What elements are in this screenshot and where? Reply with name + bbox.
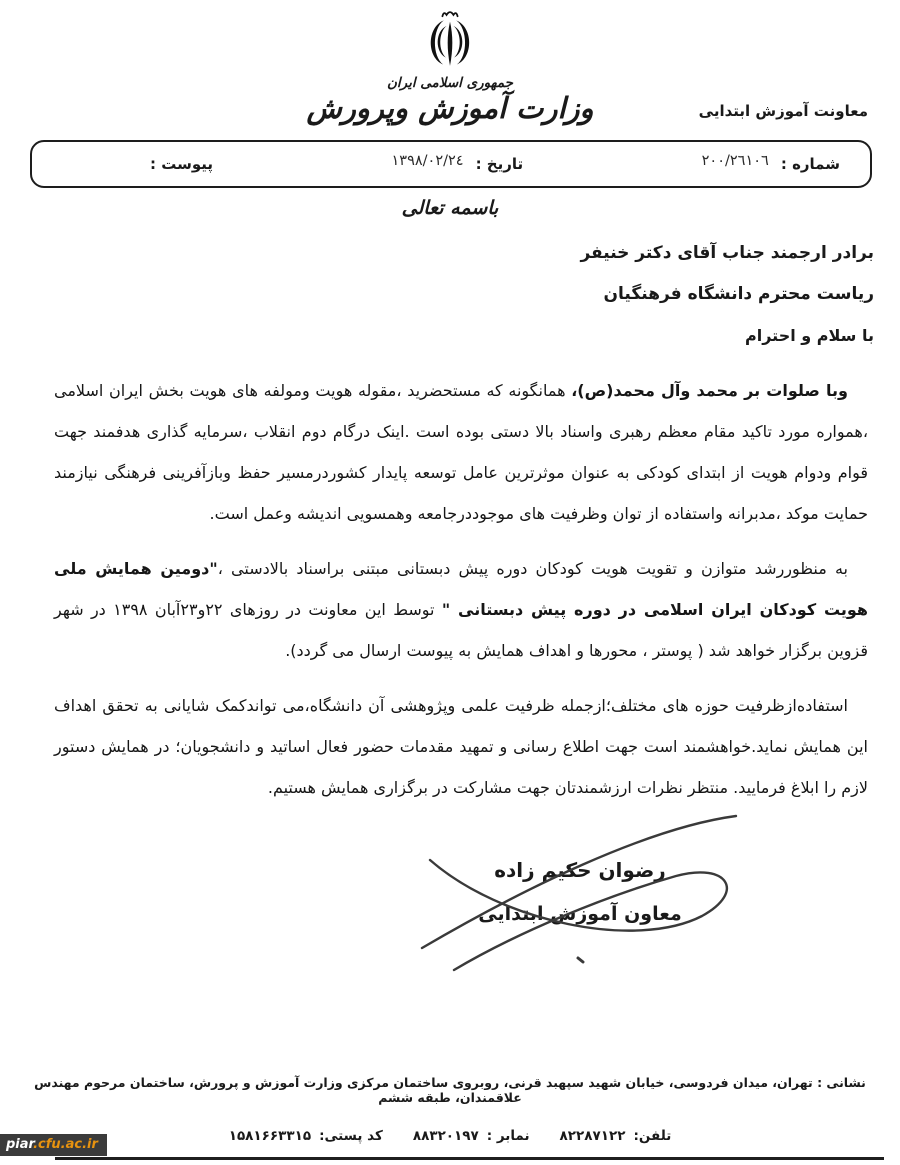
- signature-block: رضوان حکیم زاده معاون آموزش ابتدایی: [420, 822, 740, 988]
- body-paragraph-1: وبا صلوات بر محمد وآل محمد(ص)، همانگونه …: [54, 370, 868, 534]
- ref-attachment-group: پیوست :: [150, 155, 213, 173]
- recipient-block: برادر ارجمند جناب آقای دکتر خنیفر ریاست …: [0, 233, 874, 356]
- body-paragraph-2: به منظوررشد متوازن و تقویت هویت کودکان د…: [54, 548, 868, 671]
- letter-body: وبا صلوات بر محمد وآل محمد(ص)، همانگونه …: [54, 370, 868, 808]
- header-country: جمهوری اسلامی ایران: [0, 75, 900, 91]
- header-department: معاونت آموزش ابتدایی: [699, 102, 868, 120]
- recipient-line-1: برادر ارجمند جناب آقای دکتر خنیفر: [0, 233, 874, 274]
- footer-postal: کد پستی: ۱۵۸۱۶۶۳۳۱۵: [229, 1128, 383, 1144]
- site-watermark: piar.cfu.ac.ir: [0, 1134, 107, 1156]
- body-p1-bold: وبا صلوات بر محمد وآل محمد(ص)،: [571, 381, 848, 400]
- footer-contacts: تلفن: ۸۲۲۸۷۱۲۲ نمابر : ۸۸۳۲۰۱۹۷ کد پستی:…: [0, 1128, 900, 1144]
- ref-number-group: شماره : ٢٠٠/٢٦١٠٦: [702, 155, 840, 173]
- ref-attachment-label: پیوست :: [150, 155, 213, 173]
- footer-fax: نمابر : ۸۸۳۲۰۱۹۷: [413, 1128, 530, 1144]
- ref-date-group: تاریخ : ١٣٩٨/٠٢/٢٤: [392, 155, 524, 173]
- letter-page: جمهوری اسلامی ایران وزارت آموزش وپرورش م…: [0, 0, 900, 1165]
- signature-name: رضوان حکیم زاده: [420, 848, 740, 892]
- besmellah: باسمه تعالی: [0, 197, 900, 219]
- footer-postal-label: کد پستی:: [319, 1128, 383, 1144]
- body-paragraph-3: استفاده‌ازظرفیت حوزه های مختلف؛ازجمله ظر…: [54, 685, 868, 808]
- reference-box: شماره : ٢٠٠/٢٦١٠٦ تاریخ : ١٣٩٨/٠٢/٢٤ پیو…: [30, 140, 872, 188]
- iran-national-emblem-icon: [414, 8, 486, 70]
- watermark-suffix: .cfu.ac.ir: [33, 1137, 98, 1152]
- recipient-line-2: ریاست محترم دانشگاه فرهنگیان: [0, 274, 874, 315]
- body-p3-text: استفاده‌ازظرفیت حوزه های مختلف؛ازجمله ظر…: [54, 696, 868, 797]
- footer-fax-label: نمابر :: [487, 1128, 530, 1144]
- body-p1-text: همانگونه که مستحضرید ،مقوله هویت ومولفه …: [54, 381, 868, 523]
- ref-date-value: ١٣٩٨/٠٢/٢٤: [392, 153, 464, 169]
- ref-number-value: ٢٠٠/٢٦١٠٦: [702, 153, 769, 169]
- bottom-divider: [55, 1157, 884, 1160]
- body-p2-text1: به منظوررشد متوازن و تقویت هویت کودکان د…: [218, 559, 848, 578]
- letterhead: جمهوری اسلامی ایران وزارت آموزش وپرورش م…: [0, 0, 900, 125]
- footer-phone-value: ۸۲۲۸۷۱۲۲: [560, 1128, 626, 1144]
- watermark-main: piar: [6, 1137, 33, 1152]
- recipient-greeting: با سلام و احترام: [0, 315, 874, 356]
- footer-postal-value: ۱۵۸۱۶۶۳۳۱۵: [229, 1128, 311, 1144]
- ref-date-label: تاریخ :: [476, 155, 524, 173]
- footer-phone: تلفن: ۸۲۲۸۷۱۲۲: [560, 1128, 672, 1144]
- ref-number-label: شماره :: [781, 155, 840, 173]
- footer-address: نشانی : تهران، میدان فردوسی، خیابان شهید…: [28, 1075, 872, 1105]
- signature-title: معاون آموزش ابتدایی: [420, 892, 740, 936]
- footer-phone-label: تلفن:: [633, 1128, 671, 1144]
- footer-fax-value: ۸۸۳۲۰۱۹۷: [413, 1128, 479, 1144]
